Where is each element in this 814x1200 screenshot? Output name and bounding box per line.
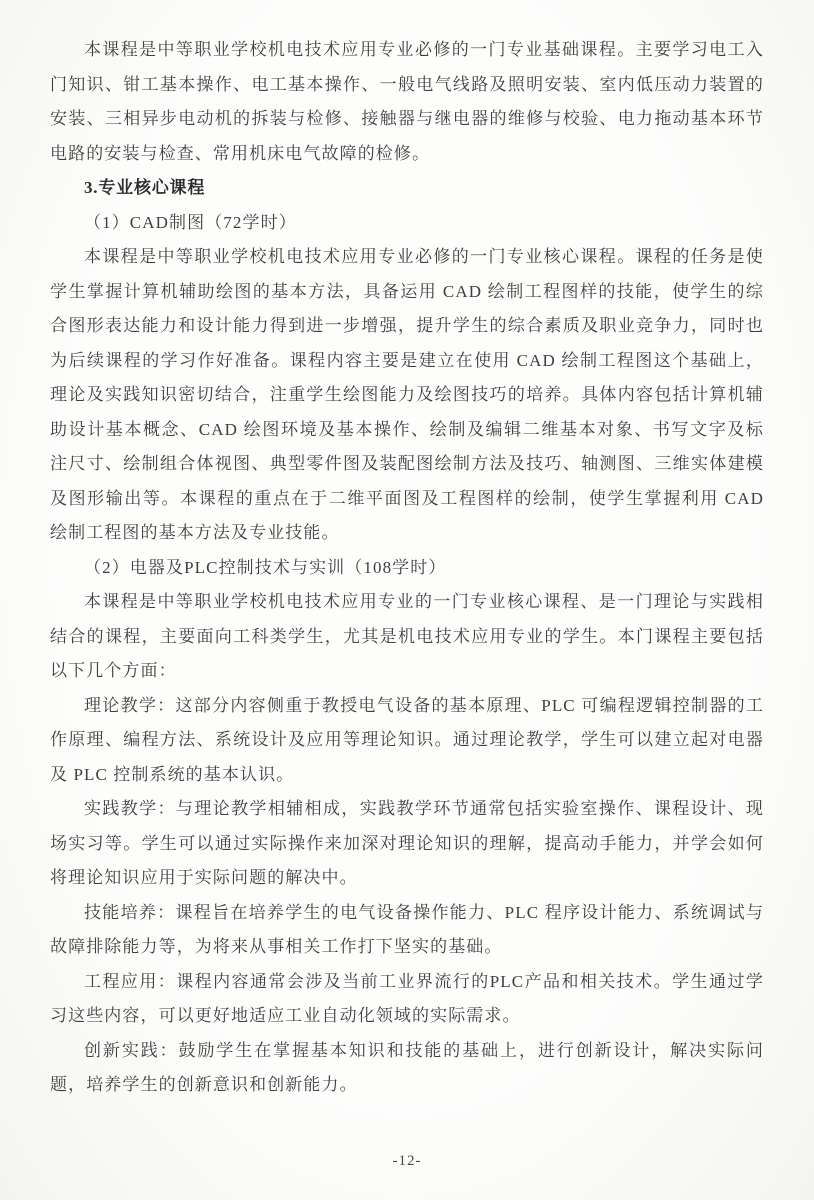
course-2-description: 本课程是中等职业学校机电技术应用专业的一门专业核心课程、是一门理论与实践相结合的… <box>50 585 764 689</box>
intro-paragraph: 本课程是中等职业学校机电技术应用专业必修的一门专业基础课程。主要学习电工入门知识… <box>50 33 764 171</box>
aspect-engineering-application: 工程应用：课程内容通常会涉及当前工业界流行的PLC产品和相关技术。学生通过学习这… <box>50 965 764 1034</box>
document-page: 本课程是中等职业学校机电技术应用专业必修的一门专业基础课程。主要学习电工入门知识… <box>0 0 814 1200</box>
section-heading-core-courses: 3.专业核心课程 <box>50 171 764 206</box>
aspect-theory-teaching: 理论教学：这部分内容侧重于教授电气设备的基本原理、PLC 可编程逻辑控制器的工作… <box>50 689 764 793</box>
page-footer: -12- <box>0 1152 814 1170</box>
course-2-title: （2）电器及PLC控制技术与实训（108学时） <box>50 551 764 586</box>
aspect-skill-training: 技能培养：课程旨在培养学生的电气设备操作能力、PLC 程序设计能力、系统调试与故… <box>50 896 764 965</box>
course-1-description: 本课程是中等职业学校机电技术应用专业必修的一门专业核心课程。课程的任务是使学生掌… <box>50 240 764 551</box>
aspect-practice-teaching: 实践教学：与理论教学相辅相成，实践教学环节通常包括实验室操作、课程设计、现场实习… <box>50 792 764 896</box>
page-number: -12- <box>393 1153 422 1169</box>
aspect-innovation-practice: 创新实践：鼓励学生在掌握基本知识和技能的基础上，进行创新设计，解决实际问题，培养… <box>50 1034 764 1103</box>
page-content: 本课程是中等职业学校机电技术应用专业必修的一门专业基础课程。主要学习电工入门知识… <box>50 33 764 1103</box>
course-1-title: （1）CAD制图（72学时） <box>50 206 764 241</box>
